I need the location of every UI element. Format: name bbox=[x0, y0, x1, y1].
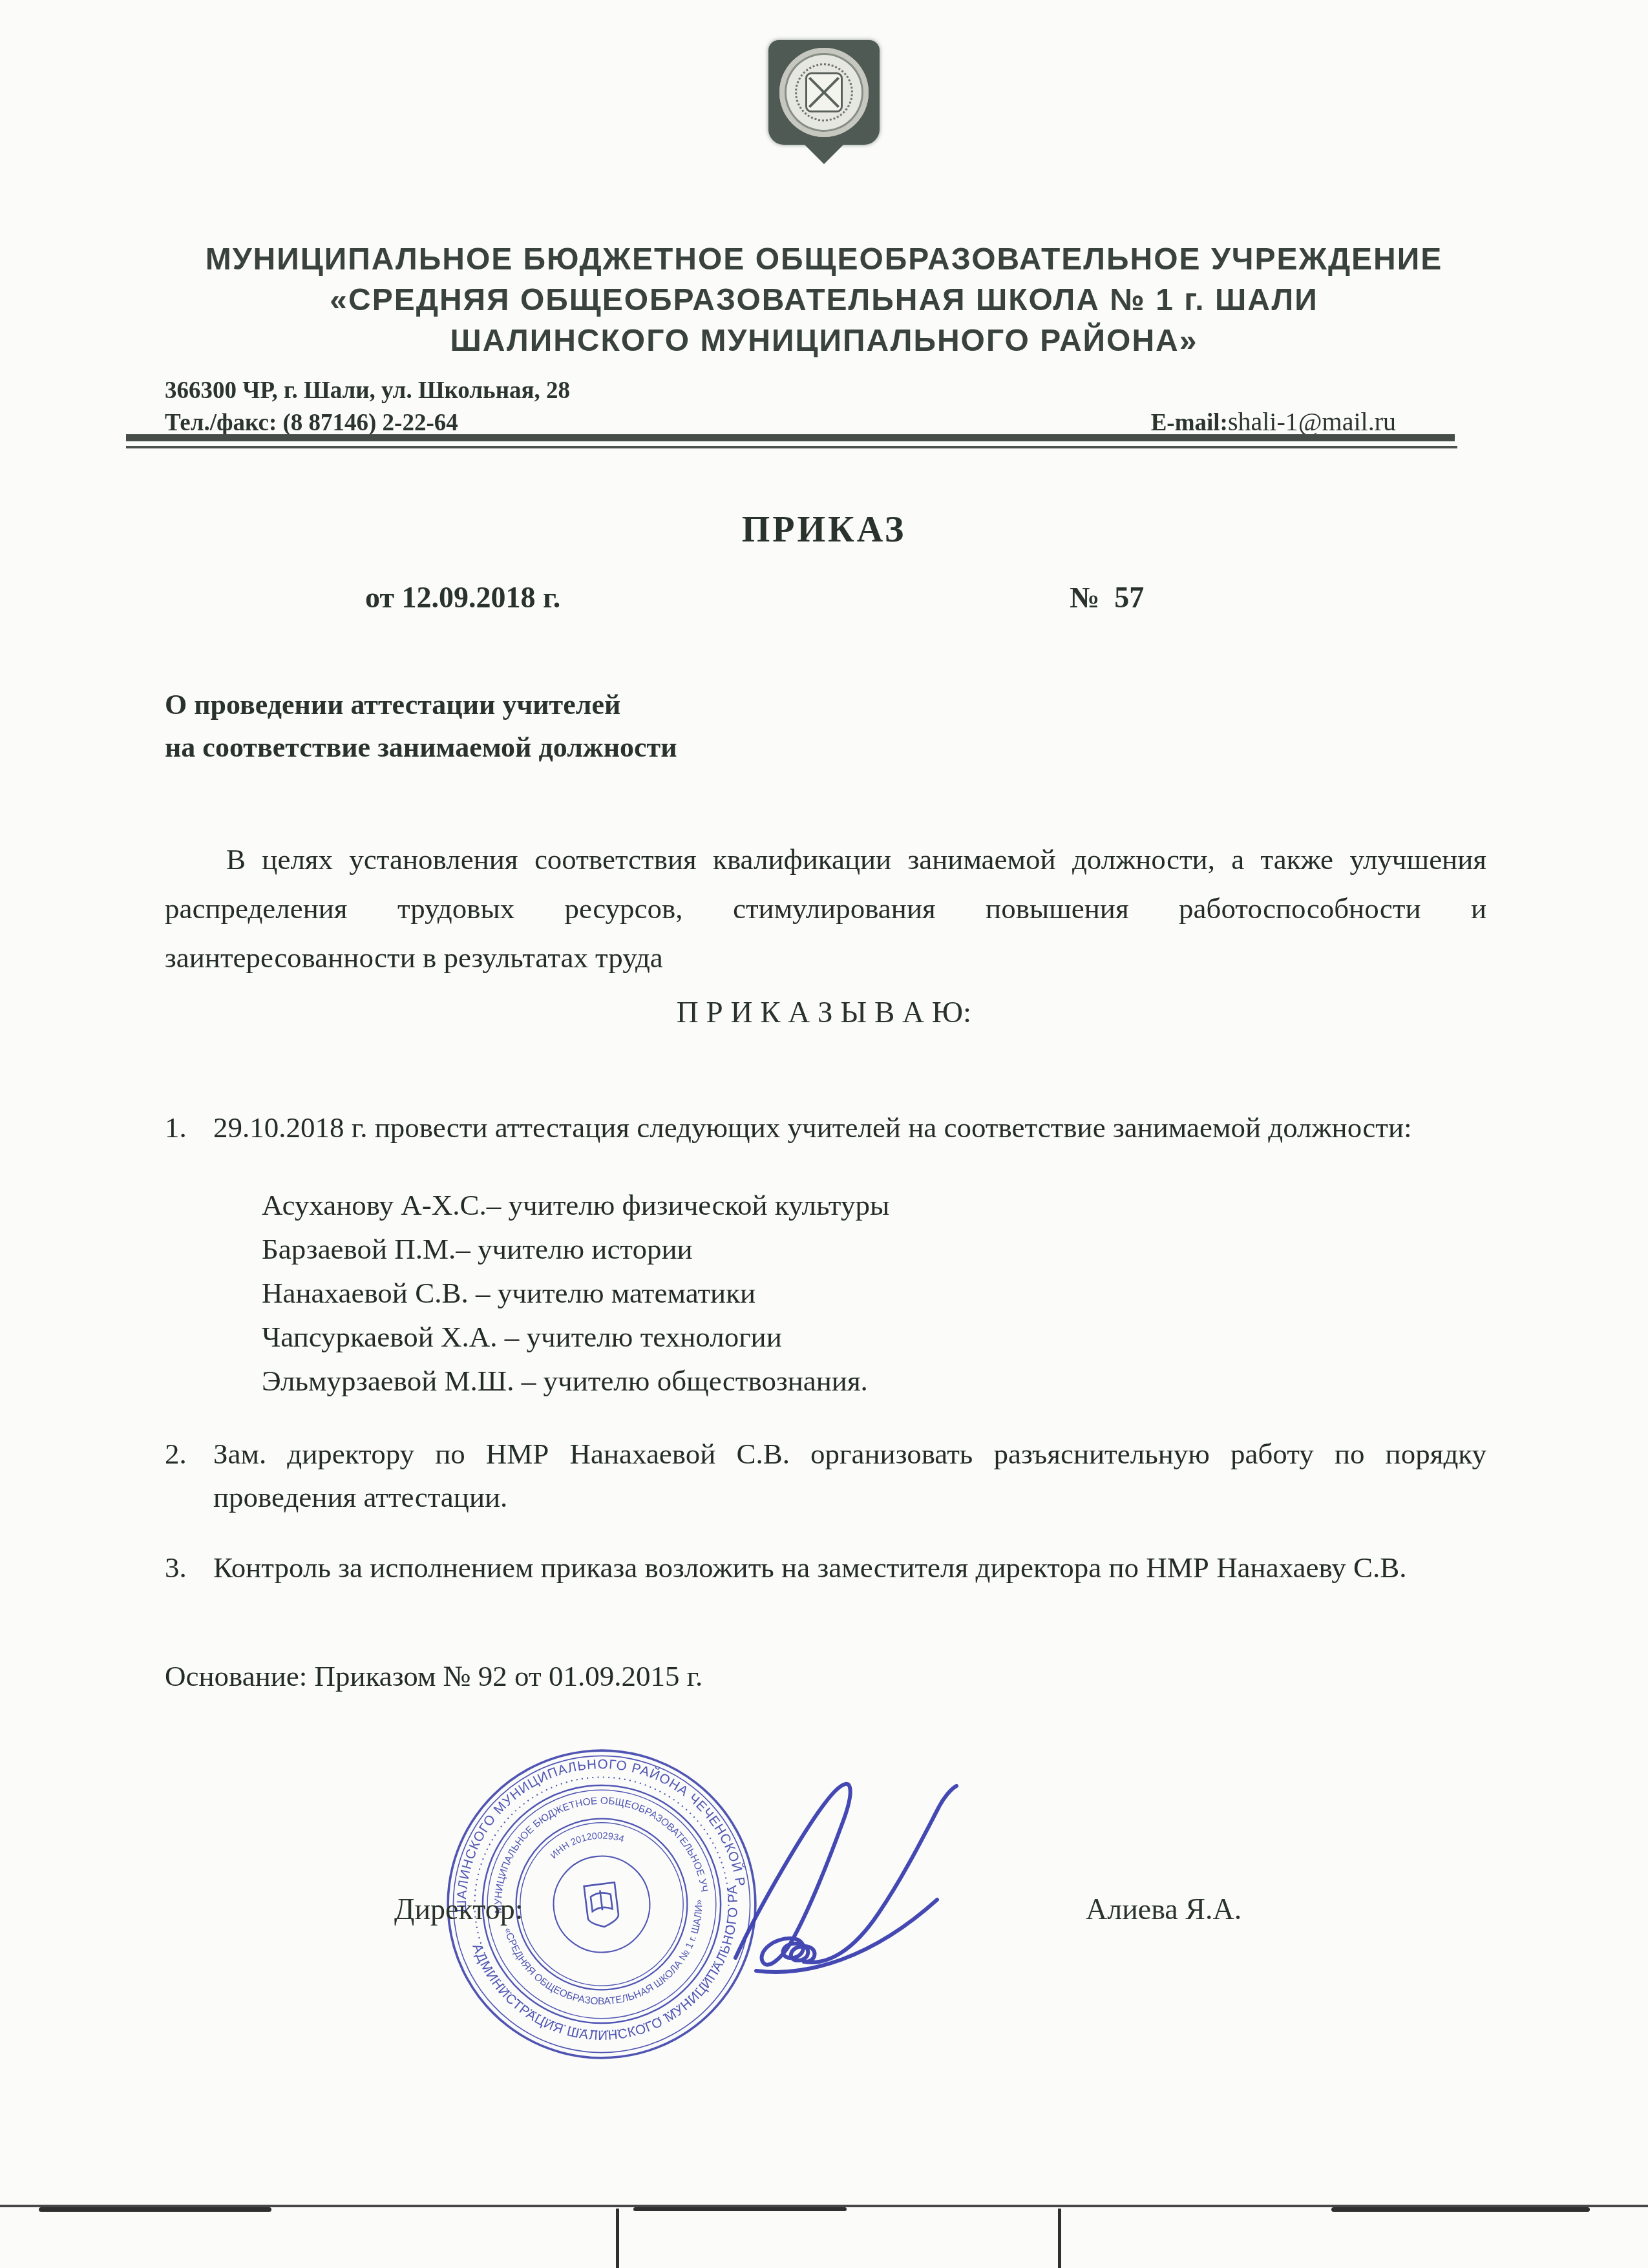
teachers-list: Асуханову А-Х.С.– учителю физической кул… bbox=[262, 1183, 1486, 1403]
basis-line: Основание: Приказом № 92 от 01.09.2015 г… bbox=[165, 1659, 703, 1693]
org-name-line1: МУНИЦИПАЛЬНОЕ БЮДЖЕТНОЕ ОБЩЕОБРАЗОВАТЕЛЬ… bbox=[0, 239, 1648, 280]
subject-line2: на соответствие занимаемой должности bbox=[165, 726, 677, 769]
contact-block: 366300 ЧР, г. Шали, ул. Школьная, 28 Тел… bbox=[165, 375, 1396, 439]
scan-vertical-mark bbox=[1058, 2209, 1061, 2268]
preamble-paragraph: В целях установления соответствия квалиф… bbox=[165, 835, 1486, 982]
org-address: 366300 ЧР, г. Шали, ул. Школьная, 28 bbox=[165, 375, 570, 407]
teacher-line: Эльмурзаевой М.Ш. – учителю обществознан… bbox=[262, 1359, 1486, 1403]
header-rule-thin bbox=[126, 446, 1457, 448]
order-items: 1. 29.10.2018 г. провести аттестация сле… bbox=[165, 1106, 1486, 1590]
address-phone: 366300 ЧР, г. Шали, ул. Школьная, 28 Тел… bbox=[165, 375, 570, 439]
shield-icon bbox=[768, 40, 880, 145]
org-name-line2: «СРЕДНЯЯ ОБЩЕОБРАЗОВАТЕЛЬНАЯ ШКОЛА № 1 г… bbox=[0, 280, 1648, 320]
scan-smudge bbox=[39, 2207, 271, 2212]
order-subject: О проведении аттестации учителей на соот… bbox=[165, 684, 677, 769]
order-item-1: 1. 29.10.2018 г. провести аттестация сле… bbox=[165, 1106, 1486, 1150]
svg-text:ИНН 2012002934: ИНН 2012002934 bbox=[547, 1827, 628, 1862]
signer-name: Алиева Я.А. bbox=[1086, 1892, 1241, 1926]
order-item-3: 3. Контроль за исполнением приказа возло… bbox=[165, 1546, 1486, 1590]
teacher-line: Нанахаевой С.В. – учителю математики bbox=[262, 1271, 1486, 1315]
stamp-center-emblem bbox=[584, 1882, 620, 1928]
item-number: 1. bbox=[165, 1106, 213, 1150]
subject-line1: О проведении аттестации учителей bbox=[165, 684, 677, 726]
coat-of-arms bbox=[0, 40, 1648, 145]
shield-circle bbox=[779, 48, 869, 137]
stamp-inn: ИНН 2012002934 bbox=[547, 1827, 628, 1862]
scan-vertical-mark bbox=[616, 2209, 619, 2268]
teacher-line: Асуханову А-Х.С.– учителю физической кул… bbox=[262, 1183, 1486, 1227]
email-value: shali-1@mail.ru bbox=[1228, 407, 1396, 436]
item-number: 3. bbox=[165, 1546, 213, 1590]
order-date: от 12.09.2018 г. bbox=[365, 580, 560, 614]
item-text: Контроль за исполнением приказа возложит… bbox=[213, 1546, 1486, 1590]
email-label: E-mail: bbox=[1151, 410, 1228, 436]
handwritten-signature bbox=[659, 1758, 982, 2016]
order-item-2: 2. Зам. директору по НМР Нанахаевой С.В.… bbox=[165, 1433, 1486, 1519]
resolve-word: П Р И К А З Ы В А Ю: bbox=[0, 995, 1648, 1030]
scanned-order-document: МУНИЦИПАЛЬНОЕ БЮДЖЕТНОЕ ОБЩЕОБРАЗОВАТЕЛЬ… bbox=[0, 0, 1648, 2268]
signature-area: ШАЛИНСКОГО МУНИЦИПАЛЬНОГО РАЙОНА ЧЕЧЕНСК… bbox=[0, 1738, 1648, 2100]
order-title: ПРИКАЗ bbox=[0, 509, 1648, 551]
teacher-line: Чапсуркаевой Х.А. – учителю технологии bbox=[262, 1315, 1486, 1359]
org-name-line3: ШАЛИНСКОГО МУНИЦИПАЛЬНОГО РАЙОНА» bbox=[0, 320, 1648, 361]
header-rule-thick bbox=[126, 434, 1455, 441]
scan-smudge bbox=[633, 2207, 847, 2211]
teacher-line: Барзаевой П.М.– учителю истории bbox=[262, 1227, 1486, 1271]
item-number: 2. bbox=[165, 1433, 213, 1519]
shield-core-ornament bbox=[805, 72, 843, 112]
item-text: 29.10.2018 г. провести аттестация следую… bbox=[213, 1106, 1486, 1150]
signer-role: Директор: bbox=[394, 1892, 523, 1926]
scan-smudge bbox=[1331, 2207, 1590, 2212]
org-name: МУНИЦИПАЛЬНОЕ БЮДЖЕТНОЕ ОБЩЕОБРАЗОВАТЕЛЬ… bbox=[0, 239, 1648, 361]
order-number: № 57 bbox=[1070, 580, 1144, 614]
item-text: Зам. директору по НМР Нанахаевой С.В. ор… bbox=[213, 1433, 1486, 1519]
